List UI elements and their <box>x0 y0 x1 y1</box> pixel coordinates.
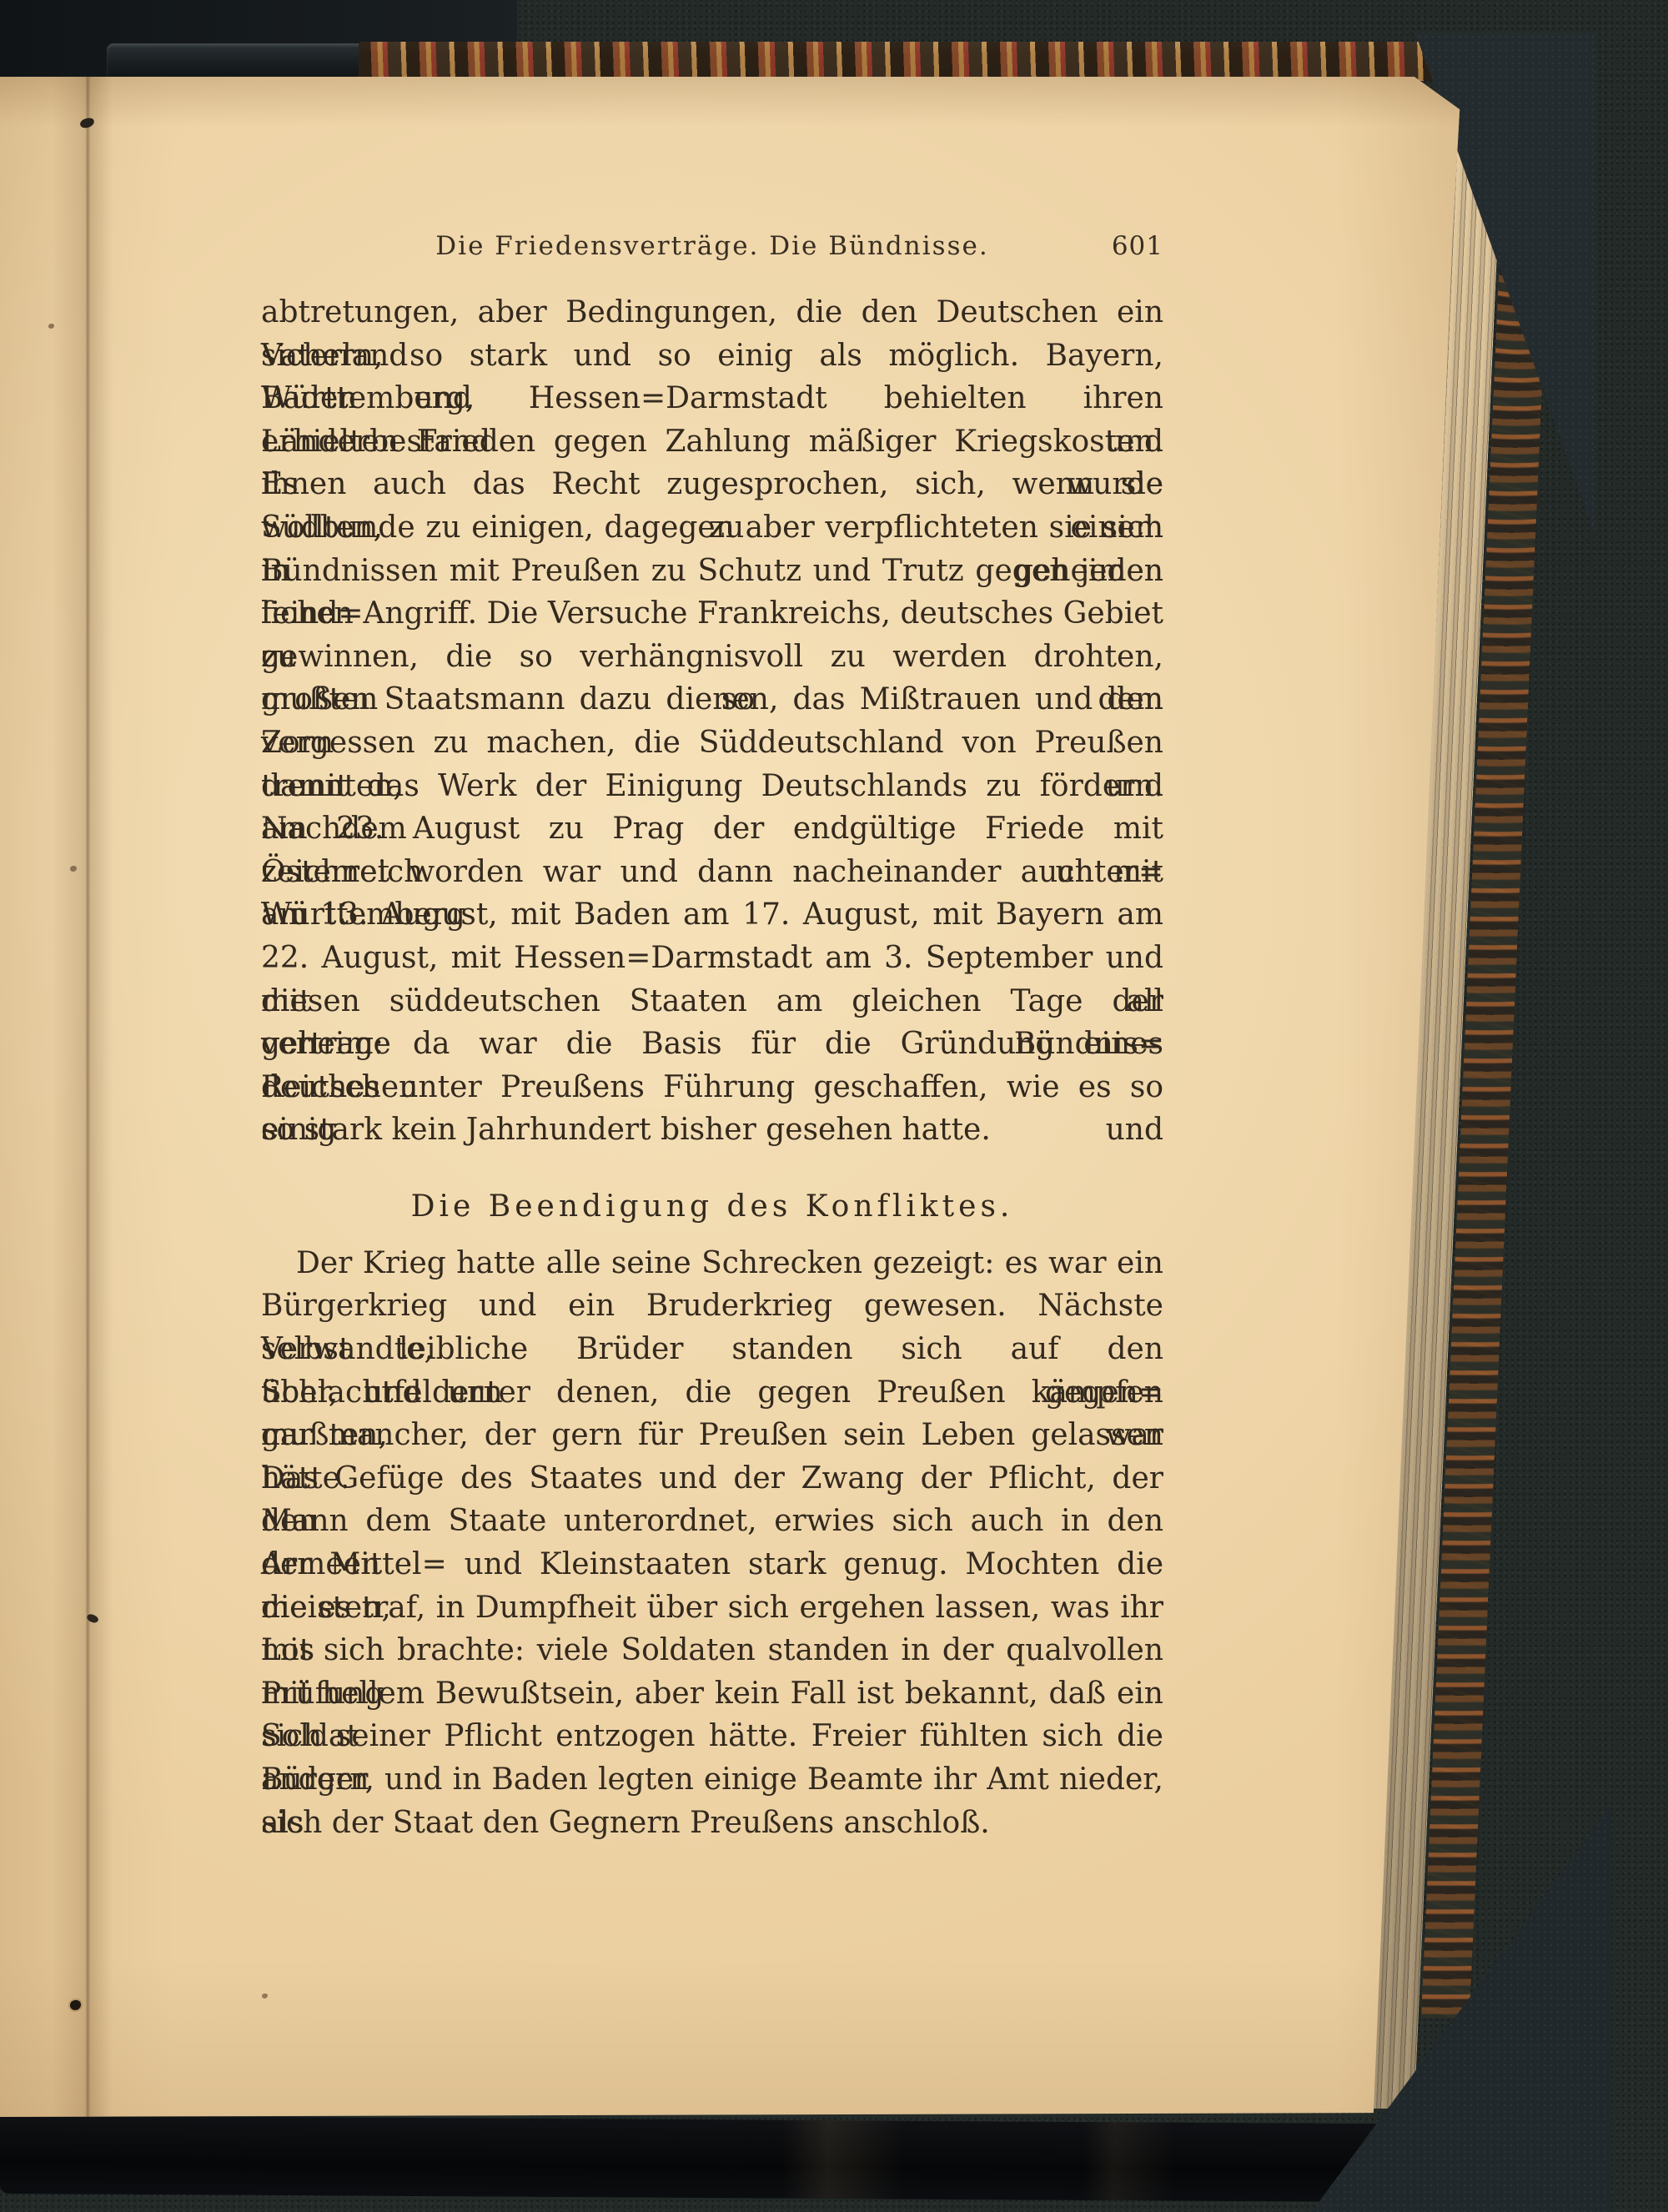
paper-speck <box>262 1993 268 1998</box>
text-line: Bürgerkrieg und ein Bruderkrieg gewesen.… <box>261 1284 1163 1328</box>
text-line: sich der Staat den Gegnern Preußens ansc… <box>261 1802 1163 1845</box>
cover-bottom-edge <box>0 2115 1506 2203</box>
text-line: Bürger, und in Baden legten einige Beamt… <box>261 1758 1163 1802</box>
text-line: gewinnen, die so verhängnisvoll zu werde… <box>261 636 1163 679</box>
gutter-crease <box>52 77 123 2117</box>
text-line: der Mittel= und Kleinstaaten stark genug… <box>261 1543 1163 1586</box>
text-line: über, und unter denen, die gegen Preußen… <box>261 1371 1163 1415</box>
text-line: mit sich brachte: viele Soldaten standen… <box>261 1629 1163 1672</box>
text-line: Reiches unter Preußens Führung geschaffe… <box>261 1066 1163 1109</box>
text-line: Südbunde zu einigen, dagegen aber verpfl… <box>261 506 1163 550</box>
cover-top-edge-marbled <box>359 42 1461 81</box>
text-line: vergessen zu machen, die Süddeutschland … <box>261 721 1163 765</box>
text-line: Das Gefüge des Staates und der Zwang der… <box>261 1457 1163 1501</box>
book-page: Die Friedensverträge. Die Bündnisse. 601… <box>0 77 1461 2117</box>
text-line: vertrag: da war die Basis für die Gründu… <box>261 1023 1163 1066</box>
text-line: ihnen auch das Recht zugesprochen, sich,… <box>261 463 1163 506</box>
page-number: 601 <box>1112 225 1163 269</box>
running-header-title: Die Friedensverträge. Die Bündnisse. <box>261 225 1163 269</box>
text-line: sich seiner Pflicht entzogen hätte. Frei… <box>261 1715 1163 1758</box>
running-header: Die Friedensverträge. Die Bündnisse. 601 <box>261 225 1163 269</box>
text-line: erhielten Frieden gegen Zahlung mäßiger … <box>261 420 1163 464</box>
paragraph-2: Der Krieg hatte alle seine Schrecken gez… <box>261 1242 1163 1844</box>
paragraph-1: abtretungen, aber Bedingungen, die den D… <box>261 291 1163 1152</box>
section-heading: Die Beendigung des Konfliktes. <box>261 1185 1163 1229</box>
text-line: diesen süddeutschen Staaten am gleichen … <box>261 980 1163 1023</box>
text-line: Mann dem Staate unterordnet, erwies sich… <box>261 1500 1163 1543</box>
text-line: großen Staatsmann dazu dienen, das Mißtr… <box>261 678 1163 721</box>
text-line: 22. August, mit Hessen=Darmstadt am 3. S… <box>261 937 1163 980</box>
cover-top-edge-dark <box>107 43 369 81</box>
text-line: mit hellem Bewußtsein, aber kein Fall is… <box>261 1672 1163 1716</box>
text-line: am 13. August, mit Baden am 17. August, … <box>261 893 1163 937</box>
photo-of-open-book: Die Friedensverträge. Die Bündnisse. 601… <box>0 0 1668 2212</box>
text-line: lichen Angriff. Die Versuche Frankreichs… <box>261 592 1163 636</box>
text-line: selbst leibliche Brüder standen sich auf… <box>261 1328 1163 1371</box>
text-line: zeichnet worden war und dann nacheinande… <box>261 851 1163 894</box>
text-column: Die Friedensverträge. Die Bündnisse. 601… <box>261 225 1163 1844</box>
text-line: damit das Werk der Einigung Deutschlands… <box>261 765 1163 808</box>
text-line: am 23. August zu Prag der endgültige Fri… <box>261 807 1163 851</box>
text-line: Baden und Hessen=Darmstadt behielten ihr… <box>261 377 1163 420</box>
text-line: abtretungen, aber Bedingungen, die den D… <box>261 291 1163 334</box>
text-line: Der Krieg hatte alle seine Schrecken gez… <box>261 1242 1163 1285</box>
text-line: gar mancher, der gern für Preußen sein L… <box>261 1414 1163 1457</box>
text-line: Bündnissen mit Preußen zu Schutz und Tru… <box>261 550 1163 593</box>
text-line: sichern, so stark und so einig als mögli… <box>261 334 1163 378</box>
text-line: die es traf, in Dumpfheit über sich erge… <box>261 1586 1163 1630</box>
